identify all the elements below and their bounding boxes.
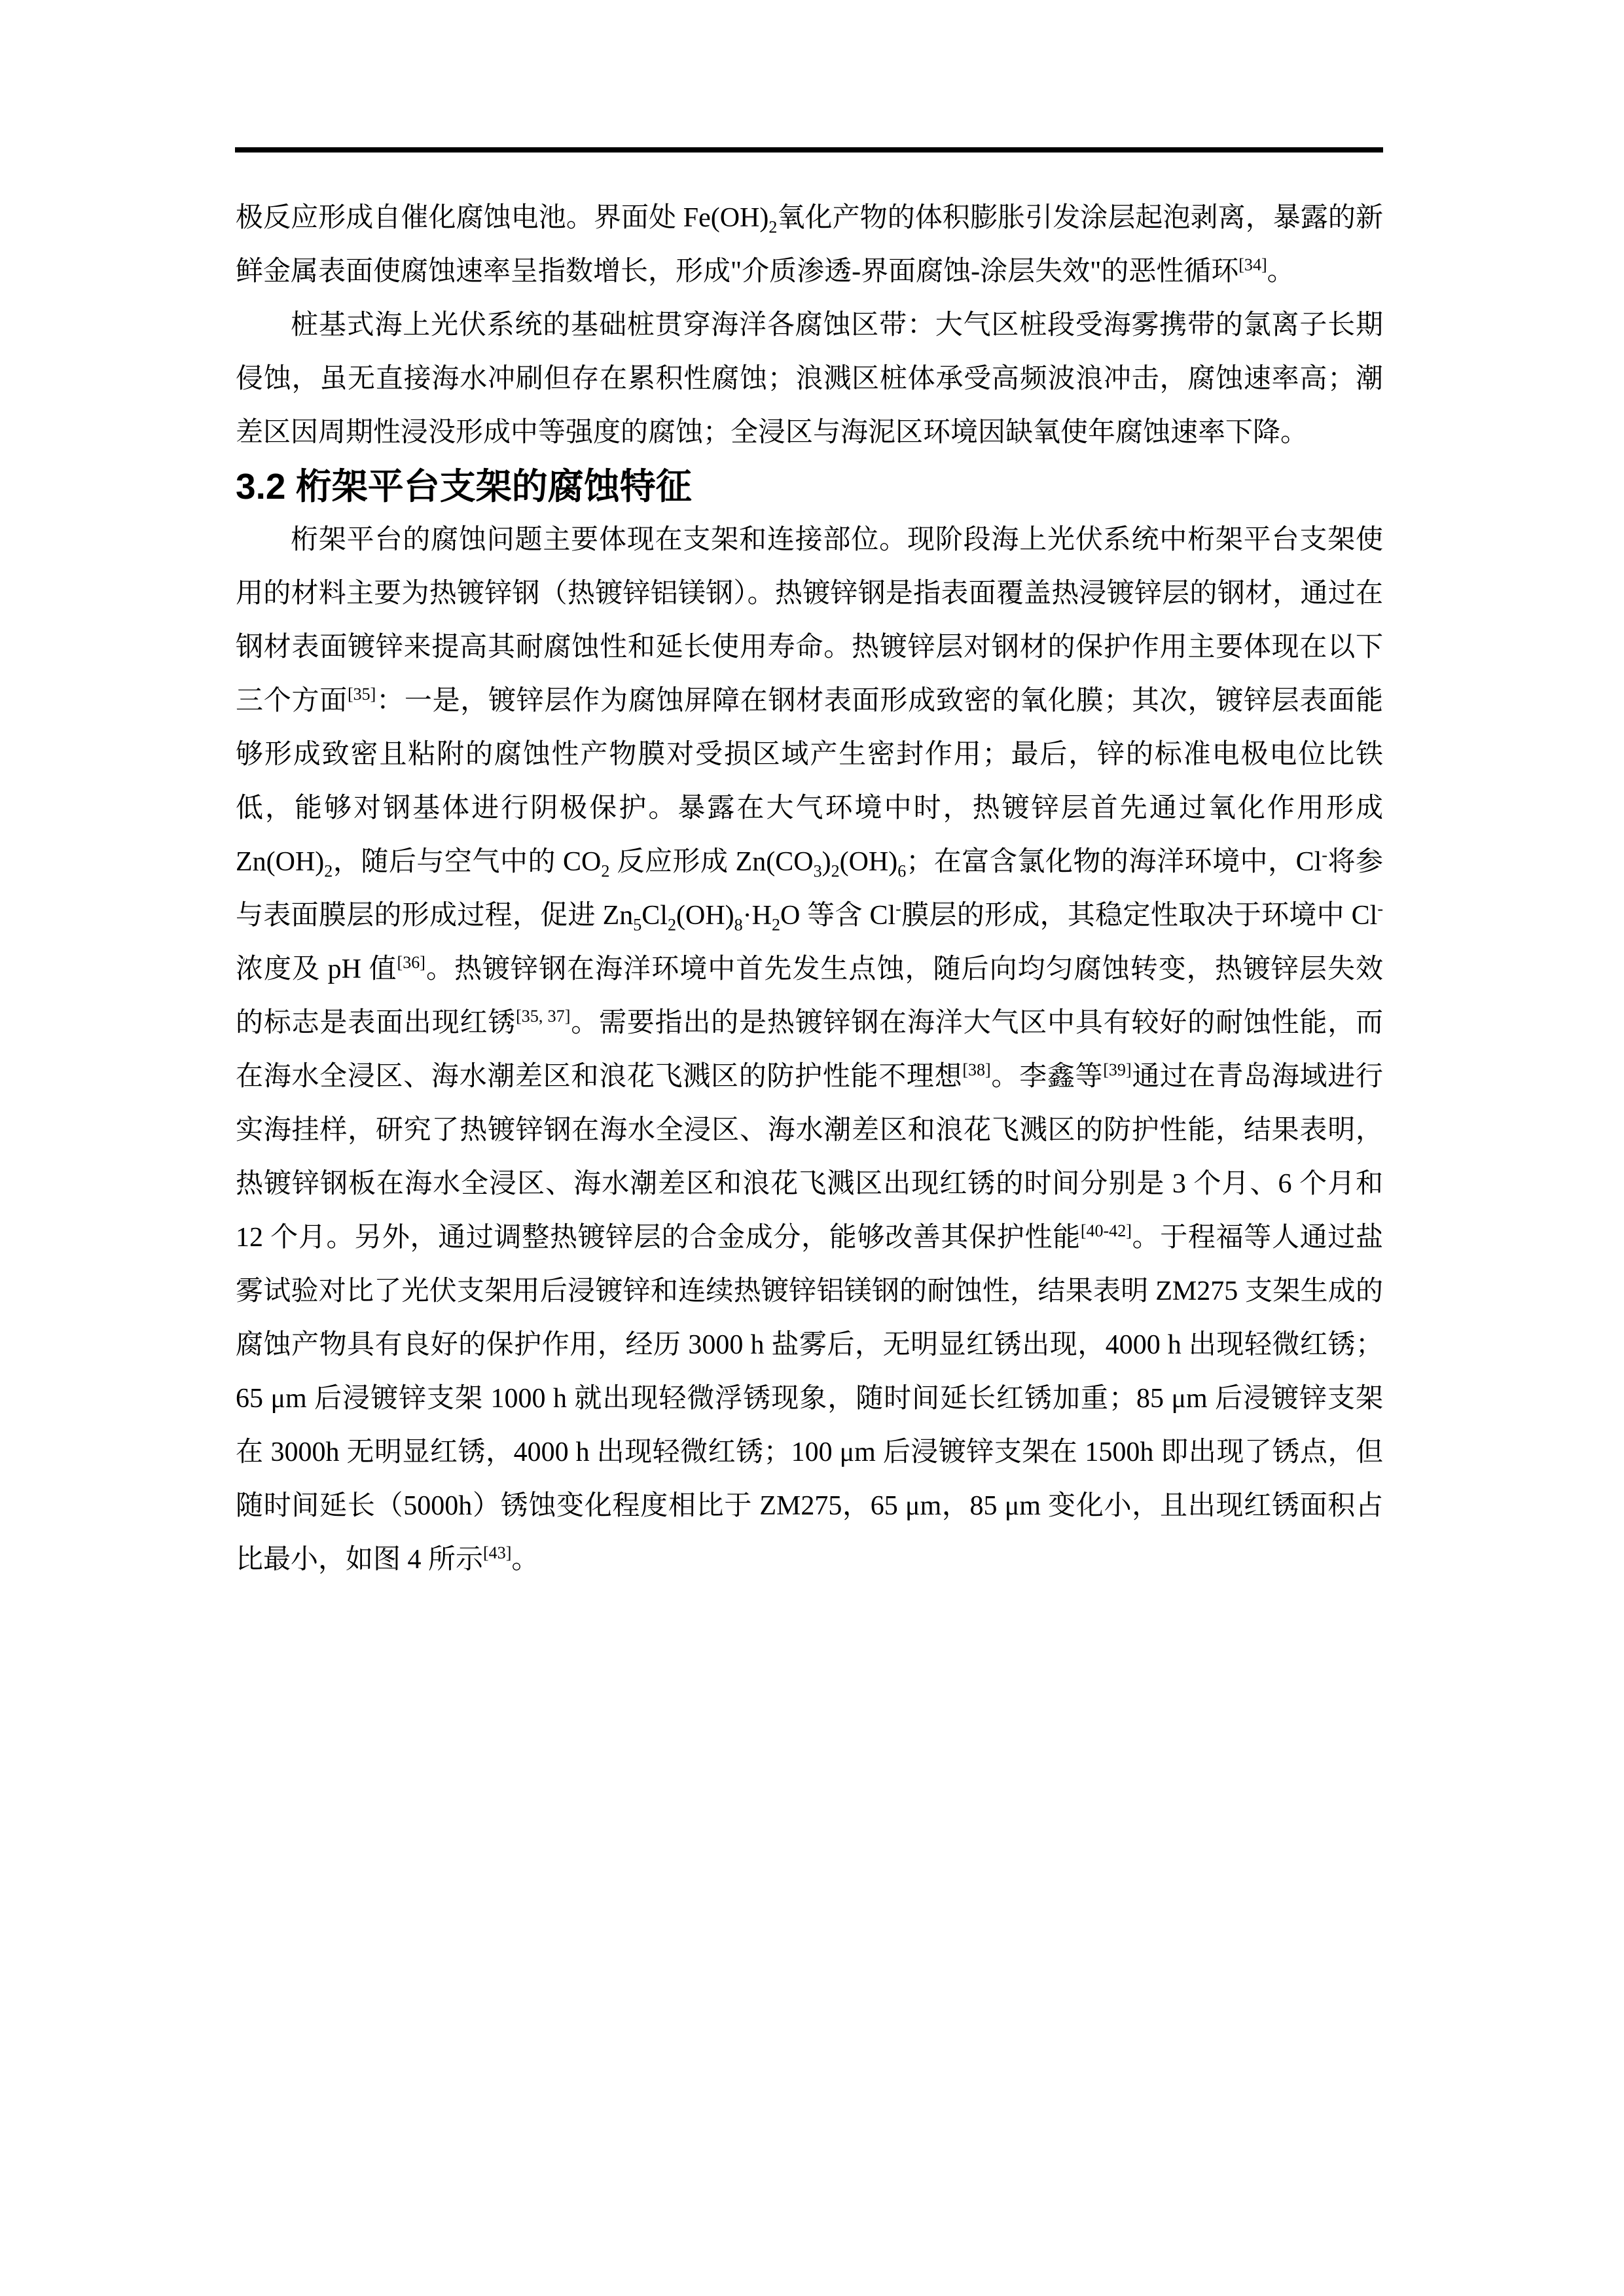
subscript: 2 [831, 861, 840, 880]
text-run: 。 [511, 1545, 539, 1575]
superscript: - [1377, 899, 1383, 918]
superscript: [43] [483, 1543, 511, 1562]
subscript: 2 [772, 915, 780, 934]
superscript: [40-42] [1081, 1221, 1132, 1240]
superscript: [36] [397, 953, 425, 972]
text-run: 桩基式海上光伏系统的基础桩贯穿海洋各腐蚀区带：大气区桩段受海雾携带的氯离子长期侵… [236, 310, 1383, 448]
subscript: 2 [324, 861, 333, 880]
text-run: ；在富含氯化物的海洋环境中，Cl [906, 847, 1322, 877]
paragraph: 桩基式海上光伏系统的基础桩贯穿海洋各腐蚀区带：大气区桩段受海雾携带的氯离子长期侵… [236, 298, 1383, 459]
text-run: 极反应形成自催化腐蚀电池。界面处 Fe(OH) [236, 203, 768, 233]
text-run: 膜层的形成，其稳定性取决于环境中 Cl [901, 901, 1377, 931]
superscript: - [895, 899, 901, 918]
subscript: 2 [668, 915, 676, 934]
text-run: ) [822, 847, 831, 877]
superscript: [39] [1103, 1060, 1131, 1079]
superscript: [38] [962, 1060, 990, 1079]
subscript: 6 [897, 861, 906, 880]
subscript: 2 [601, 861, 609, 880]
superscript: [35] [348, 685, 376, 704]
superscript: [34] [1238, 255, 1267, 274]
subscript: 3 [814, 861, 822, 880]
text-run: Cl [641, 901, 668, 931]
text-run: 3.2 桁架平台支架的腐蚀特征 [236, 466, 692, 507]
header-rule [235, 147, 1383, 152]
page-content: 极反应形成自催化腐蚀电池。界面处 Fe(OH)2氧化产物的体积膨胀引发涂层起泡剥… [236, 191, 1383, 1587]
superscript: [35, 37] [516, 1007, 570, 1026]
superscript: - [1322, 846, 1327, 865]
paragraph: 桁架平台的腐蚀问题主要体现在支架和连接部位。现阶段海上光伏系统中桁架平台支架使用… [236, 513, 1383, 1587]
text-run: 反应形成 Zn(CO [609, 847, 813, 877]
text-run: O 等含 Cl [780, 901, 895, 931]
subscript: 8 [734, 915, 743, 934]
text-run: 。李鑫等 [991, 1062, 1104, 1092]
text-run: 浓度及 pH 值 [236, 954, 397, 984]
subscript: 5 [633, 915, 641, 934]
paragraph: 极反应形成自催化腐蚀电池。界面处 Fe(OH)2氧化产物的体积膨胀引发涂层起泡剥… [236, 191, 1383, 298]
text-run: (OH) [840, 847, 898, 877]
text-run: 。 [1267, 257, 1295, 287]
text-run: 。于程福等人通过盐雾试验对比了光伏支架用后浸镀锌和连续热镀锌铝镁钢的耐蚀性，结果… [236, 1223, 1383, 1575]
section-heading: 3.2 桁架平台支架的腐蚀特征 [236, 459, 1383, 513]
subscript: 2 [768, 217, 777, 236]
text-run: (OH) [676, 901, 734, 931]
text-run: ，随后与空气中的 CO [333, 847, 601, 877]
document-page: 极反应形成自催化腐蚀电池。界面处 Fe(OH)2氧化产物的体积膨胀引发涂层起泡剥… [0, 0, 1624, 2296]
text-run: ·H [743, 901, 772, 931]
